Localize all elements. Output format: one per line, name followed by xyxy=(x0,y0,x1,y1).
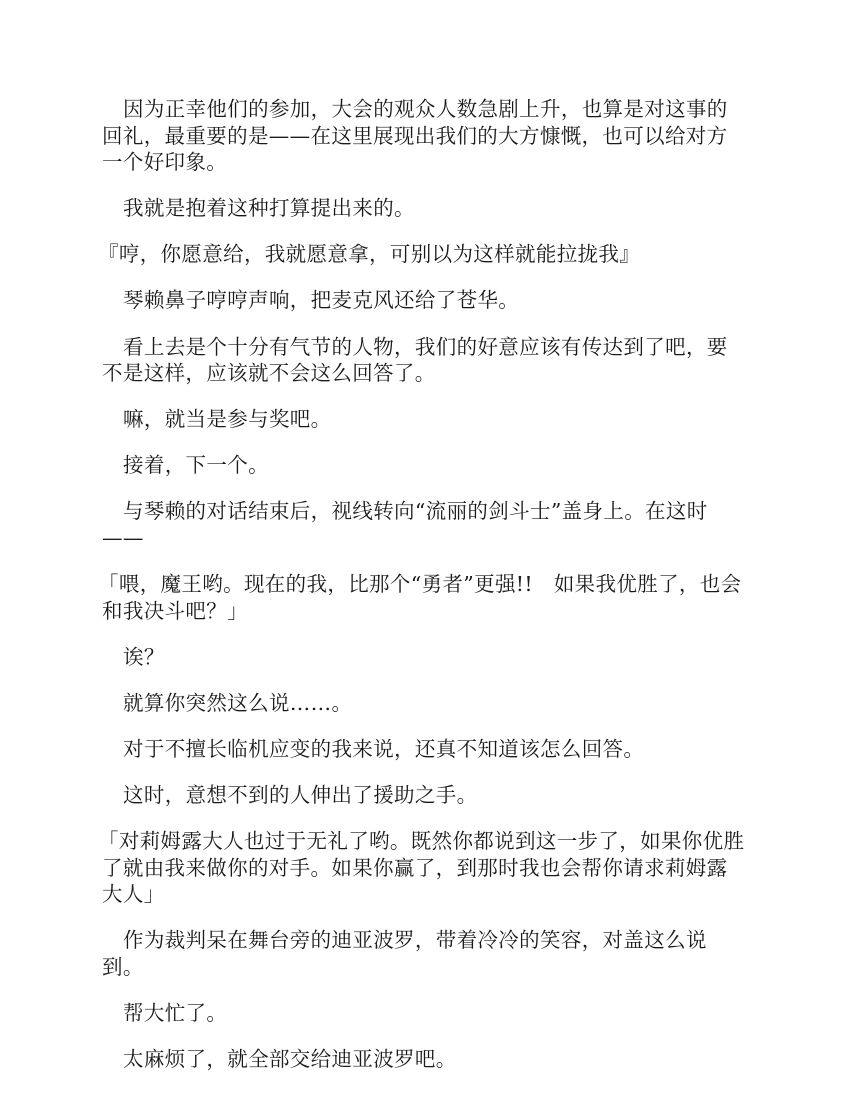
paragraph-narration: 太麻烦了，就全部交给迪亚波罗吧。 xyxy=(102,1046,748,1073)
paragraph-narration: 作为裁判呆在舞台旁的迪亚波罗，带着冷冷的笑容，对盖这么说到。 xyxy=(102,927,748,980)
paragraph-narration: 这时，意想不到的人伸出了援助之手。 xyxy=(102,782,748,809)
paragraph-dialogue: 「喂，魔王哟。现在的我，比那个“勇者”更强!! 如果我优胜了，也会和我决斗吧？」 xyxy=(102,571,748,624)
paragraph-narration: 接着，下一个。 xyxy=(102,452,748,479)
paragraph-narration: 对于不擅长临机应变的我来说，还真不知道该怎么回答。 xyxy=(102,736,748,763)
paragraph-narration: 就算你突然这么说……。 xyxy=(102,690,748,717)
paragraph-narration: 帮大忙了。 xyxy=(102,1000,748,1027)
paragraph-narration: 因为正幸他们的参加，大会的观众人数急剧上升，也算是对这事的回礼，最重要的是——在… xyxy=(102,96,748,176)
paragraph-narration: 我就是抱着这种打算提出来的。 xyxy=(102,195,748,222)
paragraph-dialogue: 「对莉姆露大人也过于无礼了哟。既然你都说到这一步了，如果你优胜了就由我来做你的对… xyxy=(102,828,748,908)
paragraph-narration: 嘛，就当是参与奖吧。 xyxy=(102,406,748,433)
paragraph-narration: 与琴赖的对话结束后，视线转向“流丽的剑斗士”盖身上。在这时—— xyxy=(102,498,748,551)
paragraph-narration: 看上去是个十分有气节的人物，我们的好意应该有传达到了吧，要不是这样，应该就不会这… xyxy=(102,334,748,387)
paragraph-narration: 诶？ xyxy=(102,644,748,671)
paragraph-narration: 琴赖鼻子哼哼声响，把麦克风还给了苍华。 xyxy=(102,287,748,314)
paragraph-dialogue: 『哼，你愿意给，我就愿意拿，可别以为这样就能拉拢我』 xyxy=(102,241,748,268)
document-page: 因为正幸他们的参加，大会的观众人数急剧上升，也算是对这事的回礼，最重要的是——在… xyxy=(102,96,748,1092)
